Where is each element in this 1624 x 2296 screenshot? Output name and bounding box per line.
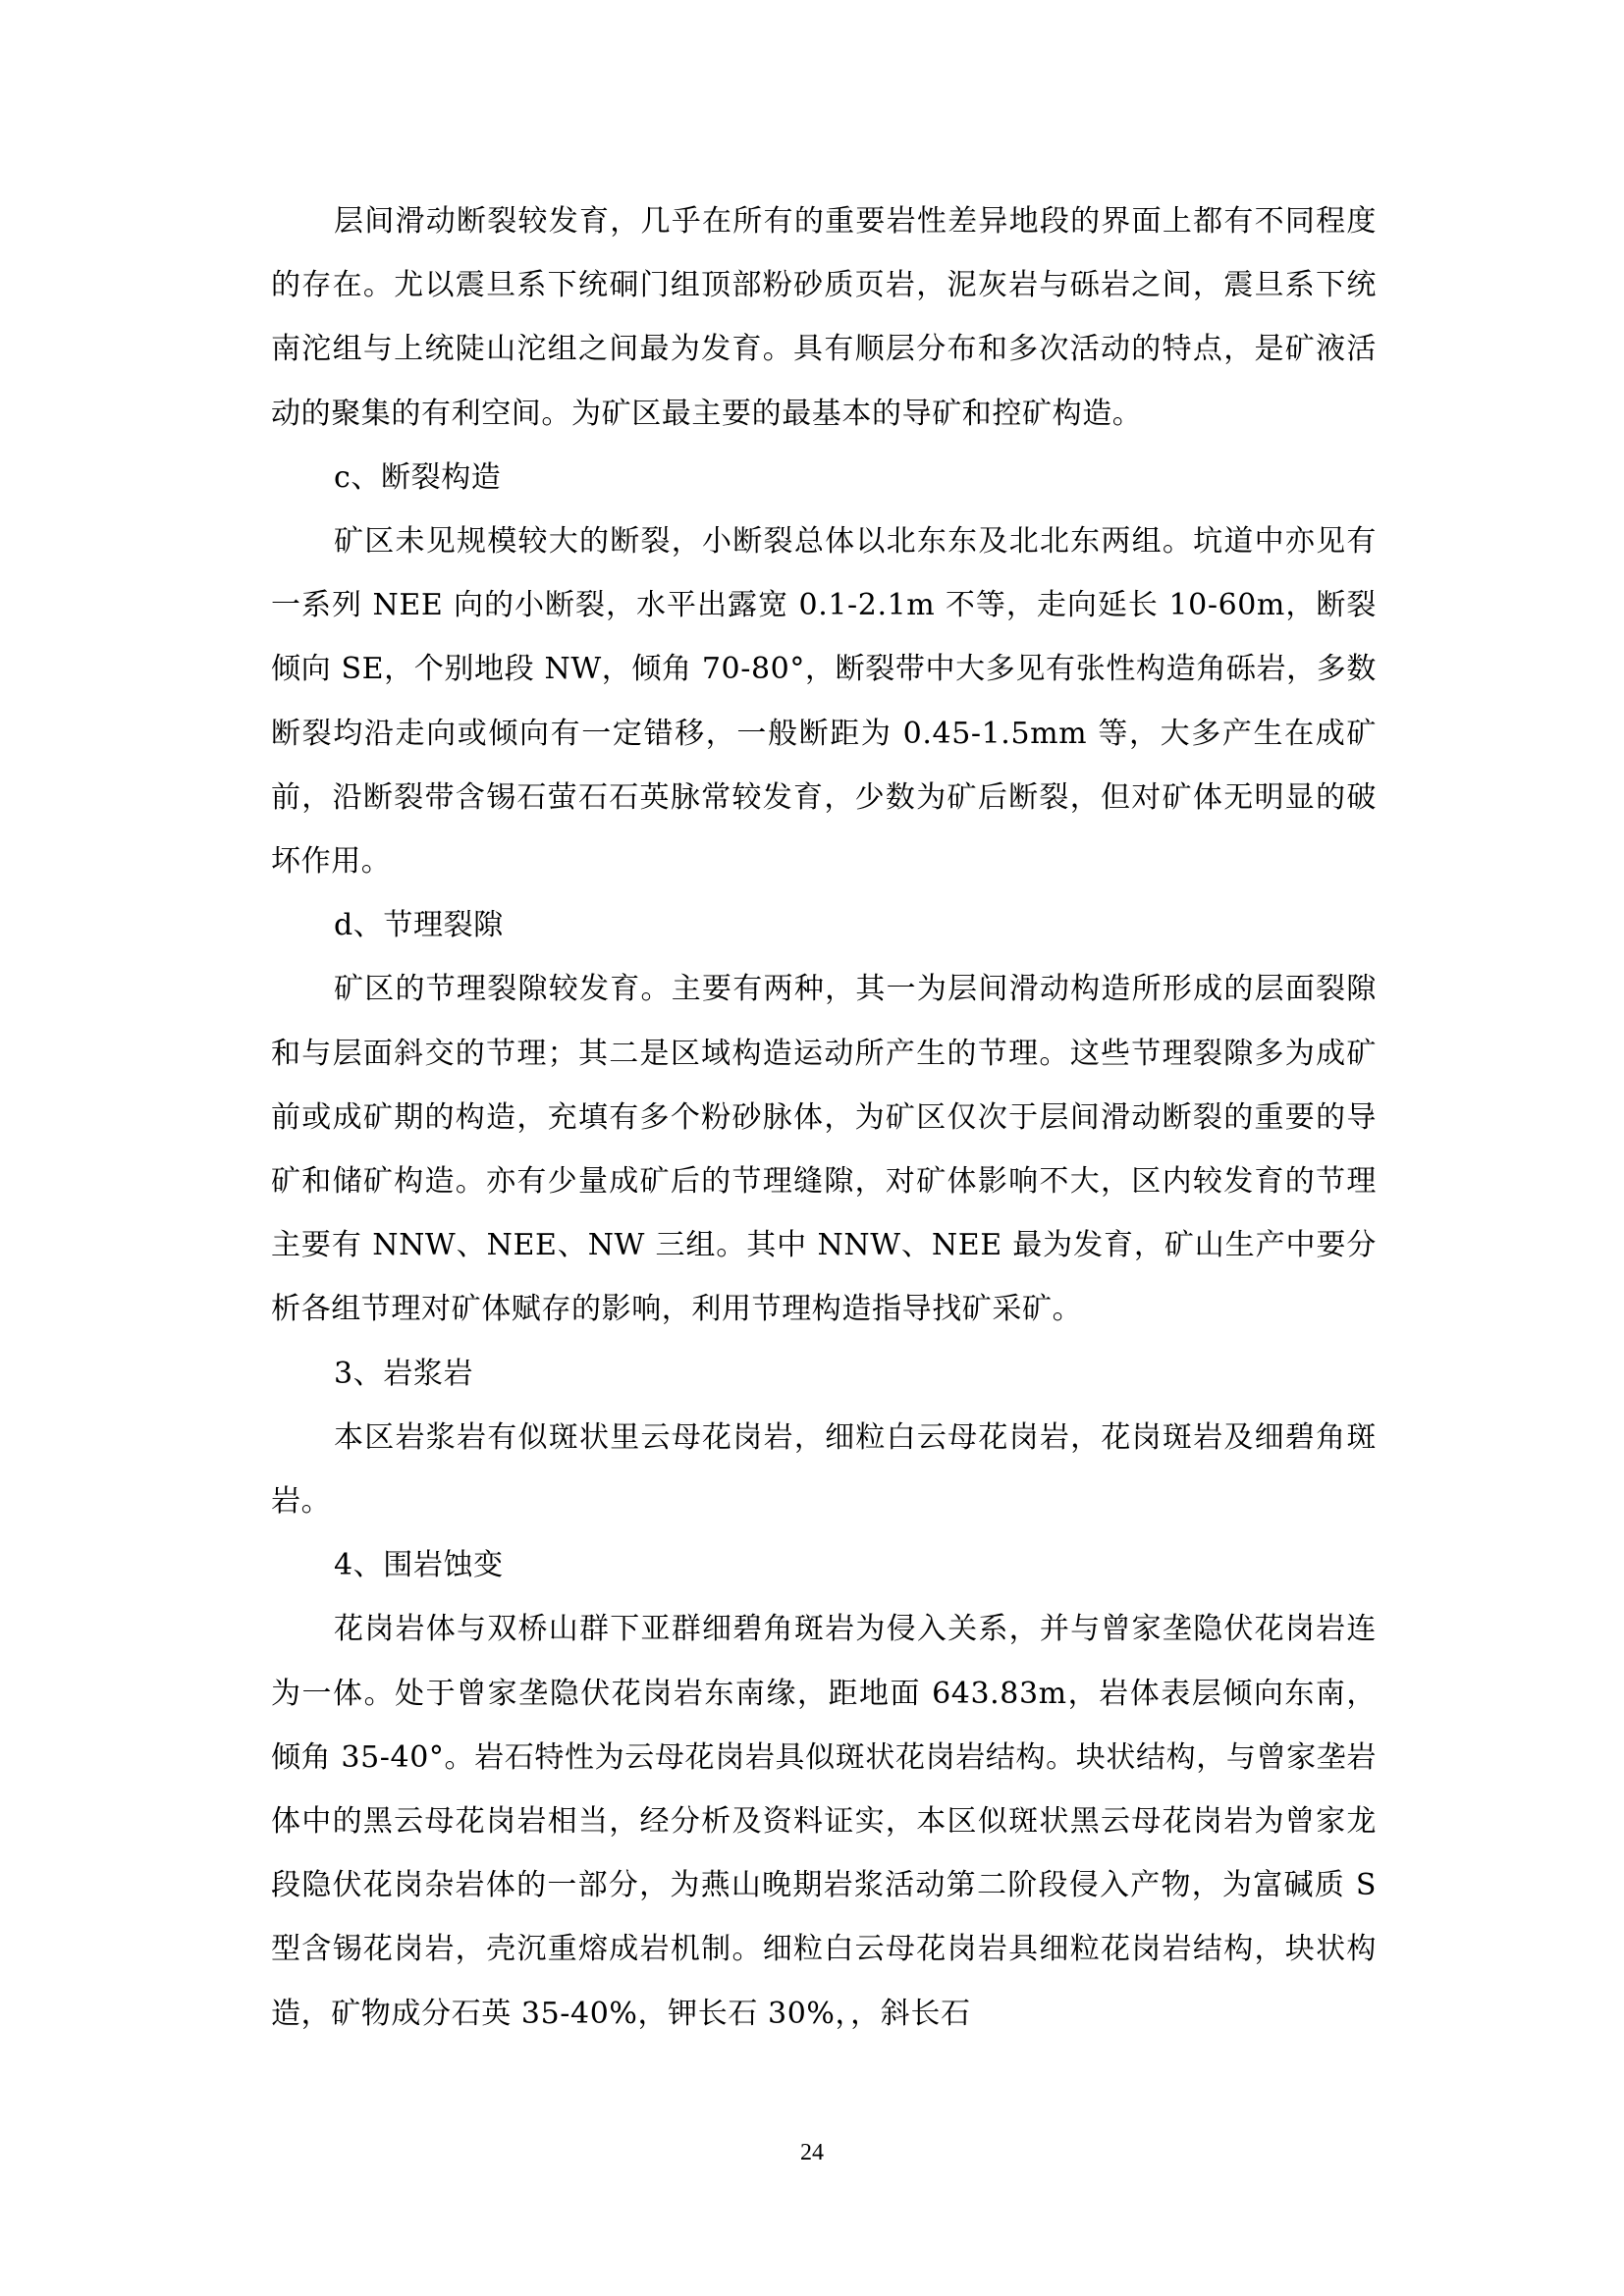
paragraph-interlayer-sliding-faults: 层间滑动断裂较发育，几乎在所有的重要岩性差异地段的界面上都有不同程度的存在。尤以… xyxy=(271,189,1377,446)
paragraph-magmatic-rocks: 本区岩浆岩有似斑状里云母花岗岩，细粒白云母花岗岩，花岗斑岩及细碧角斑岩。 xyxy=(271,1406,1377,1533)
heading-magmatic-rocks: 3、岩浆岩 xyxy=(271,1342,1377,1406)
page-body: 层间滑动断裂较发育，几乎在所有的重要岩性差异地段的界面上都有不同程度的存在。尤以… xyxy=(271,189,1377,2046)
heading-fault-structure: c、断裂构造 xyxy=(271,446,1377,509)
paragraph-wall-rock-alteration: 花岗岩体与双桥山群下亚群细碧角斑岩为侵入关系，并与曾家垄隐伏花岗岩连为一体。处于… xyxy=(271,1597,1377,2045)
heading-wall-rock-alteration: 4、围岩蚀变 xyxy=(271,1533,1377,1597)
heading-joints-fissures: d、节理裂隙 xyxy=(271,893,1377,957)
paragraph-joints-fissures: 矿区的节理裂隙较发育。主要有两种，其一为层间滑动构造所形成的层面裂隙和与层面斜交… xyxy=(271,957,1377,1341)
page-number: 24 xyxy=(0,2140,1624,2166)
paragraph-fault-structure: 矿区未见规模较大的断裂，小断裂总体以北东东及北北东两组。坑道中亦见有一系列 NE… xyxy=(271,509,1377,893)
